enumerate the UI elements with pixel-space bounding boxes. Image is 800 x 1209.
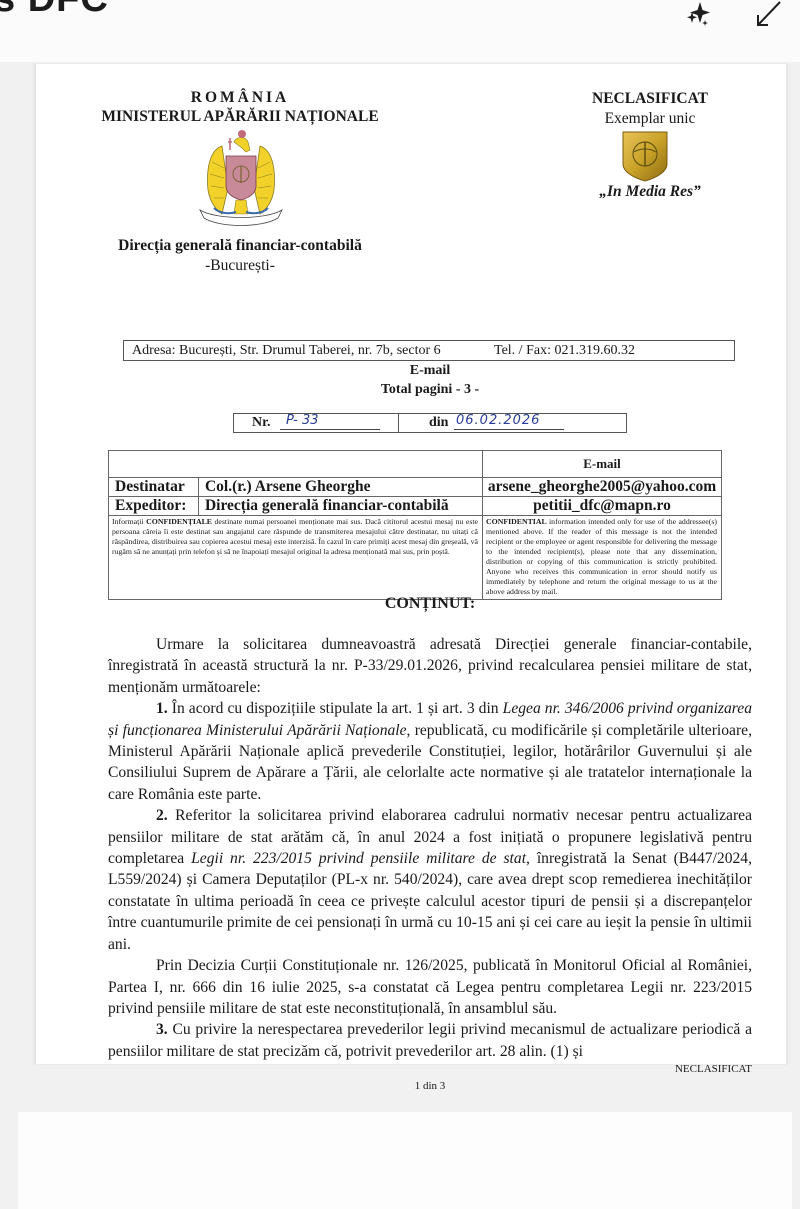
ministry-name: MINISTERUL APĂRĂRII NAȚIONALE bbox=[60, 107, 420, 127]
header-blank-cell bbox=[109, 451, 483, 478]
directorate-name: Direcția generală financiar-contabilă bbox=[60, 236, 420, 256]
viewer-title: s DFC bbox=[0, 0, 109, 21]
intro-paragraph: Urmare la solicitarea dumneavoastră adre… bbox=[108, 634, 752, 698]
notice-ro-bold: CONFIDENȚIALE bbox=[146, 517, 212, 526]
content-heading: CONȚINUT: bbox=[100, 595, 760, 613]
confidential-notice-en: CONFIDENTIAL information intended only f… bbox=[483, 516, 722, 600]
registration-box: Nr. P- 33 din 06.02.2026 bbox=[233, 413, 627, 433]
motto: „In Media Res” bbox=[540, 183, 760, 201]
confidential-notice-ro: Informații CONFIDENȚIALE destinate numai… bbox=[109, 516, 483, 600]
recipient-email[interactable]: arsene_gheorghe2005@yahoo.com bbox=[483, 478, 722, 497]
recipient-name: Col.(r.) Arsene Gheorghe bbox=[198, 478, 482, 497]
notice-en-text: information intended only for use of the… bbox=[486, 517, 717, 596]
p1-number: 1. bbox=[156, 700, 168, 717]
page-number: 1 din 3 bbox=[350, 1080, 510, 1092]
registration-number-cell: Nr. P- 33 bbox=[234, 414, 399, 432]
header-left: ROMÂNIA MINISTERUL APĂRĂRII NAȚIONALE bbox=[60, 89, 420, 127]
date-line: 06.02.2026 bbox=[454, 414, 564, 430]
sparkle-icon[interactable] bbox=[682, 0, 718, 30]
nr-label: Nr. bbox=[252, 414, 271, 432]
paragraph-3: 3. Cu privire la nerespectarea prevederi… bbox=[108, 1019, 752, 1062]
footer-classification: NECLASIFICAT bbox=[560, 1063, 752, 1075]
sender-email[interactable]: petitii_dfc@mapn.ro bbox=[483, 497, 722, 516]
coat-of-arms-icon bbox=[196, 128, 286, 232]
p2-number: 2. bbox=[156, 807, 168, 824]
table-row: Destinatar Col.(r.) Arsene Gheorghe arse… bbox=[109, 478, 722, 497]
directorate-block: Direcția generală financiar-contabilă -B… bbox=[60, 236, 420, 276]
p3-text-a: Cu privire la nerespectarea prevederilor… bbox=[108, 1021, 752, 1059]
recipient-table: E-mail Destinatar Col.(r.) Arsene Gheorg… bbox=[108, 450, 722, 600]
nr-value: P- 33 bbox=[286, 412, 319, 430]
p2-law-reference: Legii nr. 223/2015 privind pensiile mili… bbox=[191, 850, 526, 867]
nr-line: P- 33 bbox=[280, 414, 380, 430]
notice-en-bold: CONFIDENTIAL bbox=[486, 517, 547, 526]
paragraph-2: 2. Referitor la solicitarea privind elab… bbox=[108, 805, 752, 955]
header-right: NECLASIFICAT Exemplar unic bbox=[540, 89, 760, 129]
letter-body: Urmare la solicitarea dumneavoastră adre… bbox=[108, 634, 752, 1062]
unit-badge-icon bbox=[620, 130, 670, 182]
viewer-top-bar: s DFC bbox=[0, 0, 800, 62]
notice-ro-prefix: Informații bbox=[112, 517, 146, 526]
table-row: Expeditor: Direcția generală financiar-c… bbox=[109, 497, 722, 516]
p3-number: 3. bbox=[156, 1021, 168, 1038]
email-column-header: E-mail bbox=[483, 451, 722, 478]
date-value: 06.02.2026 bbox=[456, 412, 540, 430]
expand-icon[interactable] bbox=[752, 0, 788, 30]
next-page-area bbox=[18, 1112, 792, 1209]
total-pages: Total pagini - 3 - bbox=[110, 381, 750, 399]
paragraph-1: 1. În acord cu dispozițiile stipulate la… bbox=[108, 698, 752, 805]
directorate-city: -București- bbox=[60, 256, 420, 276]
copy-label: Exemplar unic bbox=[540, 109, 760, 129]
country-name: ROMÂNIA bbox=[60, 89, 420, 107]
phone-text: Tel. / Fax: 021.319.60.32 bbox=[494, 341, 635, 360]
document-type: E-mail bbox=[110, 362, 750, 380]
sender-label: Expeditor: bbox=[109, 497, 199, 516]
paragraph-2-continued: Prin Decizia Curții Constituționale nr. … bbox=[108, 955, 752, 1019]
date-label: din bbox=[429, 414, 448, 432]
address-box: Adresa: București, Str. Drumul Taberei, … bbox=[123, 340, 735, 361]
sender-name: Direcția generală financiar-contabilă bbox=[198, 497, 482, 516]
classification-label: NECLASIFICAT bbox=[540, 89, 760, 109]
address-text: Adresa: București, Str. Drumul Taberei, … bbox=[132, 341, 441, 360]
recipient-label: Destinatar bbox=[109, 478, 199, 497]
p1-text-a: În acord cu dispozițiile stipulate la ar… bbox=[168, 700, 503, 717]
